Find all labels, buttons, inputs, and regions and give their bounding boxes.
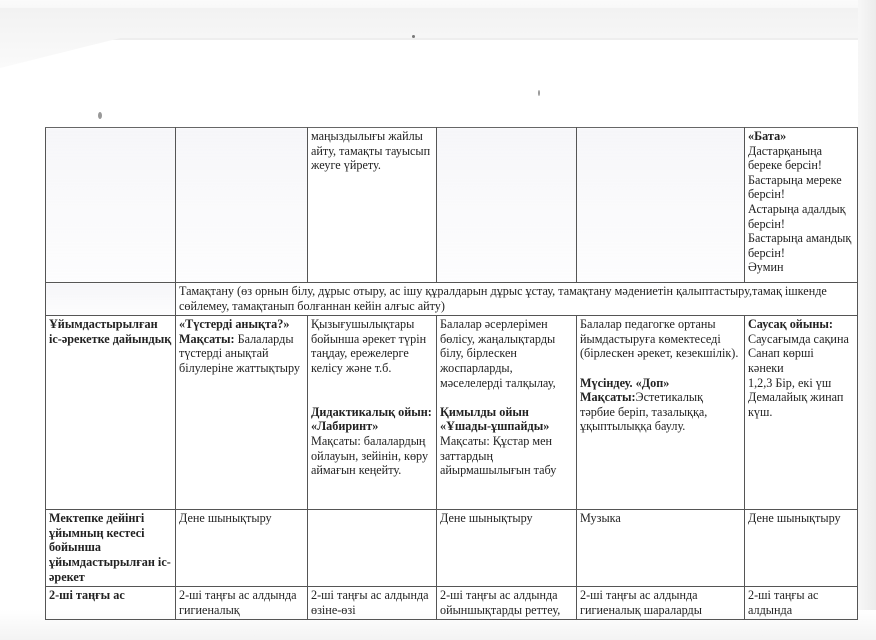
row-label-cell [46,283,176,316]
table-cell: 2-ші таңғы ас алдында гигиеналық шаралар… [577,587,745,620]
table-row: 2-ші таңғы ас 2-ші таңғы ас алдында гиги… [46,587,858,620]
row-label-cell: Ұйымдастырылған іс-әрекетке дайындық [46,316,176,510]
table-cell [437,128,577,283]
table-row: Тамақтану (өз орнын білу, дұрыс отыру, а… [46,283,858,316]
cell-title: Саусақ ойыны: [748,317,854,332]
table-row: Ұйымдастырылған іс-әрекетке дайындық «Тү… [46,316,858,510]
cell-line: Бастарыңа амандық берсін! [748,231,854,260]
cell-text: маңыздылығы жайлы айту, тамақты тауысып … [311,129,430,172]
table-cell: 2-ші таңғы ас алдында өзіне-өзі [308,587,437,620]
game-name: «Лабиринт» [311,419,378,433]
table-cell: Саусақ ойыны: Саусағымда сақина Санап кө… [745,316,858,510]
table-cell: 2-ші таңғы ас алдында гигиеналық [176,587,308,620]
row-label-cell [46,128,176,283]
row-label-cell: Мектепке дейінгі ұйымның кестесі бойынша… [46,510,176,587]
table-cell [577,128,745,283]
cell-line: Әумин [748,260,854,275]
cell-line: Астарыңа адалдық берсін! [748,202,854,231]
goal-label: Мақсаты: [580,390,636,404]
cell-line: Санап көрші [748,346,854,361]
merged-cell: Тамақтану (өз орнын білу, дұрыс отыру, а… [176,283,858,316]
cell-title: «Бата» [748,129,854,144]
scan-speck [98,112,102,119]
cell-line: кәнеки [748,361,854,376]
cell-line: Демалайық жинап [748,390,854,405]
cell-line: 1,2,3 Бір, екі үш [748,376,854,391]
cell-text: Балалар педагогке ортаны йымдастыруға кө… [580,317,738,360]
cell-line: Дастарқаныңа береке берсін! [748,144,854,173]
cell-title: «Түстерді анықта?» [179,317,289,331]
cell-line: күш. [748,405,854,420]
game-type: Дидактикалық ойын: [311,405,432,419]
game-type: Қимылды ойын [440,405,529,419]
table-cell: 2-ші таңғы ас алдында ойыншықтарды ретте… [437,587,577,620]
cell-text: Балалар әсерлерімен бөлісу, жаңалықтарды… [440,317,556,389]
table-row: Мектепке дейінгі ұйымның кестесі бойынша… [46,510,858,587]
table-cell: Музыка [577,510,745,587]
game-name: «Ұшады-ұшпайды» [440,419,549,433]
scan-speck [538,90,540,96]
cell-text: Қызығушылықтары бойынша әрекет түрін таң… [311,317,426,375]
table-cell: Қызығушылықтары бойынша әрекет түрін таң… [308,316,437,510]
scan-page-fold [0,8,860,68]
table-row: маңыздылығы жайлы айту, тамақты тауысып … [46,128,858,283]
table-cell [308,510,437,587]
goal-label: Мақсаты: [179,332,235,346]
table-cell: Дене шынықтыру [437,510,577,587]
table-cell: Балалар әсерлерімен бөлісу, жаңалықтарды… [437,316,577,510]
lesson-plan-table: маңыздылығы жайлы айту, тамақты тауысып … [45,127,858,620]
table-cell: маңыздылығы жайлы айту, тамақты тауысып … [308,128,437,283]
table-cell: Балалар педагогке ортаны йымдастыруға кө… [577,316,745,510]
table-cell: Дене шынықтыру [745,510,858,587]
cell-text: Тамақтану (өз орнын білу, дұрыс отыру, а… [179,284,827,313]
cell-line: Бастарыңа мереке берсін! [748,173,854,202]
scan-right-edge [858,0,876,640]
row-label-cell: 2-ші таңғы ас [46,587,176,620]
table-cell: Дене шынықтыру [176,510,308,587]
table-cell: 2-ші таңғы ас алдында [745,587,858,620]
game-name: Мүсіндеу. «Доп» [580,376,669,390]
goal-text: Мақсаты: балалардың ойлауын, зейінін, кө… [311,434,428,477]
goal-text: Мақсаты: Құстар мен заттардың айырмашылы… [440,434,556,477]
cell-line: Саусағымда сақина [748,332,854,347]
table-cell: «Түстерді анықта?» Мақсаты: Балаларды тү… [176,316,308,510]
table-cell-bata: «Бата» Дастарқаныңа береке берсін! Баста… [745,128,858,283]
scan-speck [412,35,415,38]
table-cell [176,128,308,283]
